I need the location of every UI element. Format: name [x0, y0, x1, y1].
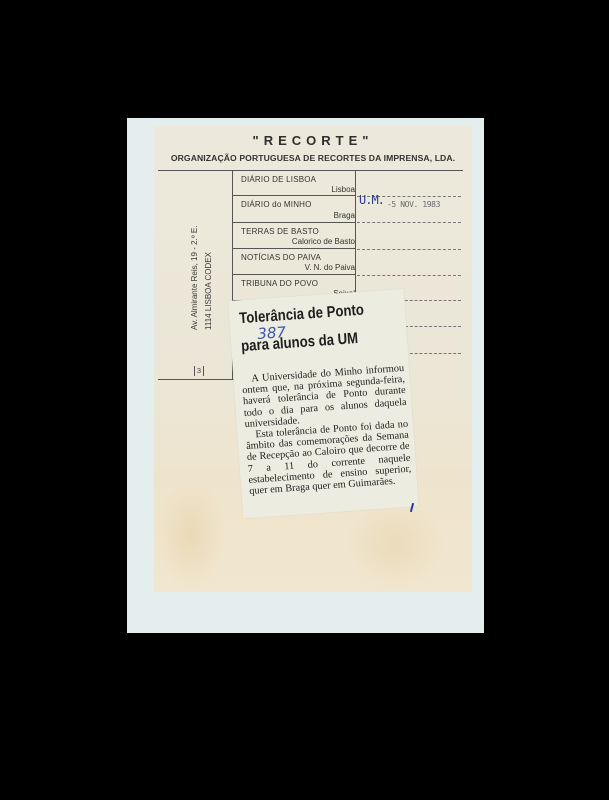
table-bottom-rule — [158, 379, 234, 380]
address-line-1: Av. Almirante Reis, 19 - 2.º E. — [188, 226, 202, 330]
article-body: A Universidade do Minho informou ontem q… — [241, 363, 412, 497]
paper-stain — [345, 500, 445, 590]
date-field-rule — [405, 326, 461, 327]
date-field-rule — [357, 275, 461, 276]
publication-city: V. N. do Paiva — [305, 263, 355, 272]
table-right-column-rule — [355, 170, 356, 300]
box-number: 3 — [194, 366, 204, 376]
publication-name: DIÁRIO do MINHO — [241, 200, 312, 209]
date-stamp: -5 NOV. 1983 — [387, 200, 440, 209]
company-address: Av. Almirante Reis, 19 - 2.º E. 1114 LIS… — [188, 226, 216, 330]
paper-stain — [156, 480, 226, 590]
date-field-rule — [405, 353, 461, 354]
publication-name: DIÁRIO DE LISBOA — [241, 175, 316, 184]
publication-city: Calorico de Basto — [292, 237, 355, 246]
newspaper-clipping: Tolerância de Ponto 387 para alunos da U… — [228, 289, 419, 519]
article-paragraph: Esta tolerância de Ponto foi dada no âmb… — [245, 419, 412, 497]
publication-city: Braga — [334, 211, 355, 220]
date-field-rule — [400, 300, 461, 301]
publication-name: TERRAS DE BASTO — [241, 227, 319, 236]
publication-city: Lisboa — [331, 185, 355, 194]
row-rule — [232, 248, 355, 249]
date-field-rule — [357, 222, 461, 223]
form-title: "RECORTE" — [154, 133, 472, 148]
row-rule — [232, 274, 355, 275]
publication-name: NOTÍCIAS DO PAIVA — [241, 253, 321, 262]
address-line-2: 1114 LISBOA CODEX — [202, 226, 216, 330]
table-top-rule — [158, 170, 463, 171]
row-rule — [232, 195, 355, 196]
form-subtitle: ORGANIZAÇÃO PORTUGUESA DE RECORTES DA IM… — [154, 153, 472, 163]
handwritten-initials: U.M. — [359, 193, 384, 207]
publication-name: TRIBUNA DO POVO — [241, 279, 318, 288]
date-field-rule — [357, 249, 461, 250]
row-rule — [232, 222, 355, 223]
